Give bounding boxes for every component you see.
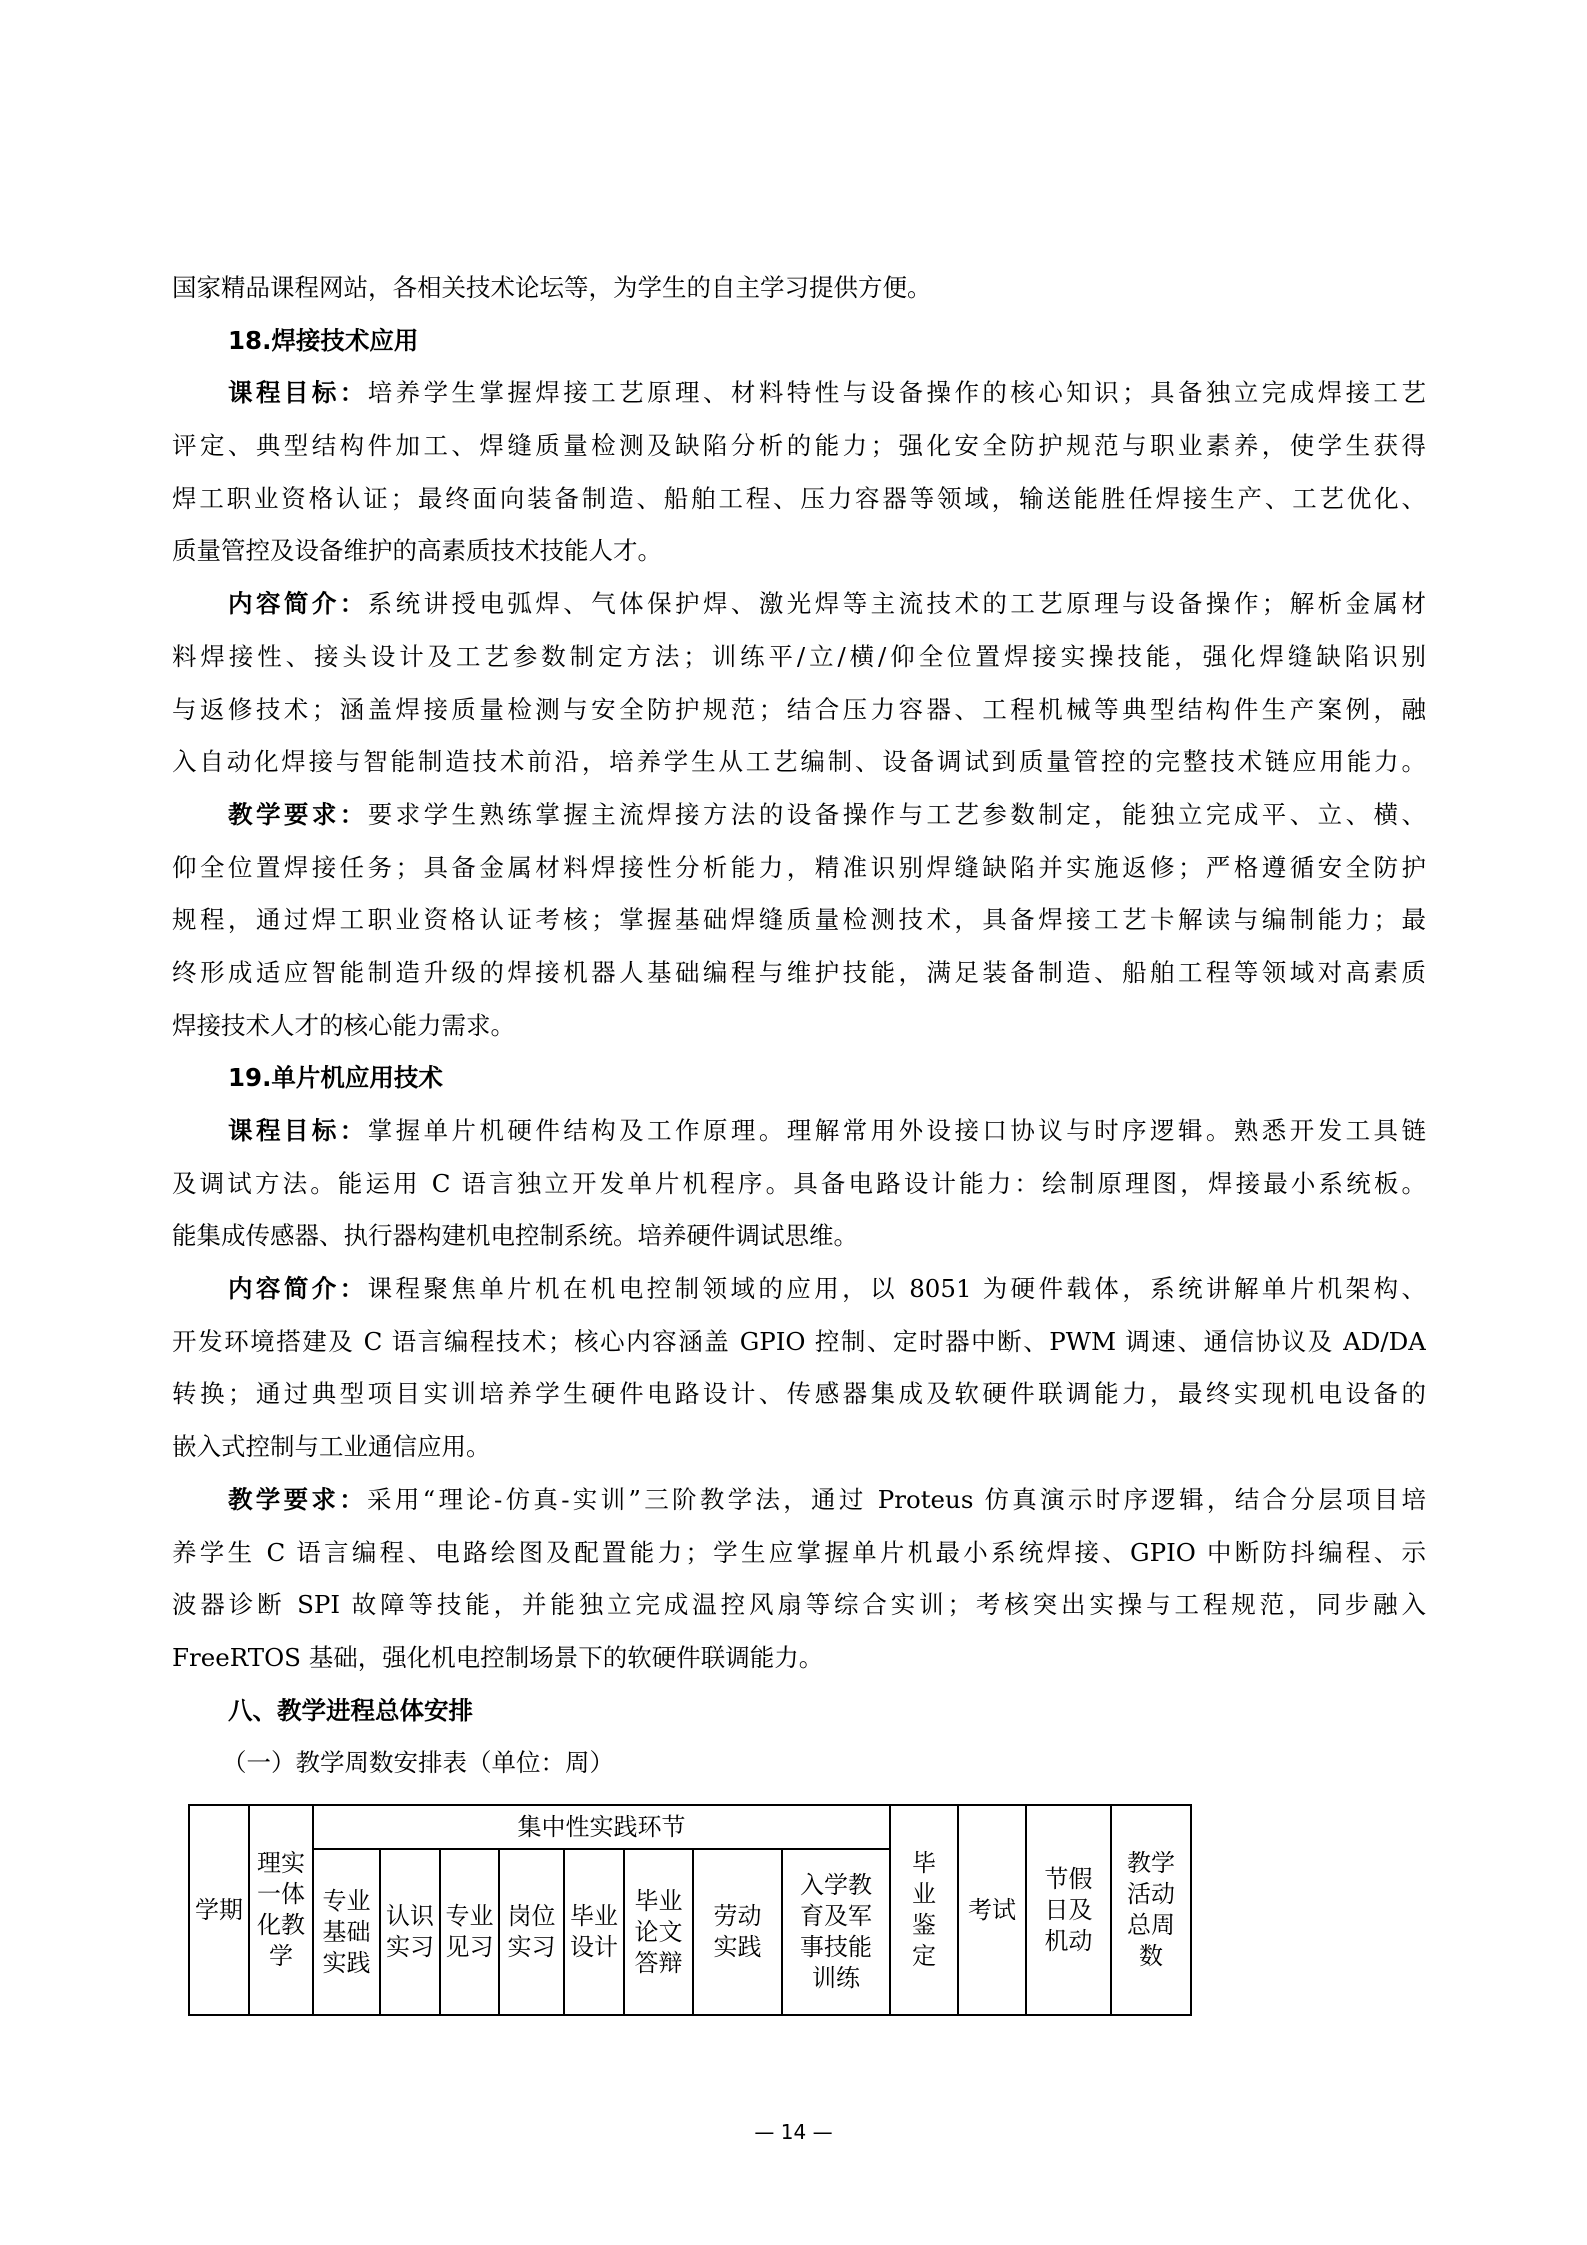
column-header: 毕业 论文 答辩 xyxy=(624,1849,693,2015)
column-header: 劳动 实践 xyxy=(693,1849,782,2015)
column-header: 认识 实习 xyxy=(380,1849,440,2015)
paragraph-label: 内容简介： xyxy=(228,589,368,618)
paragraph-label: 课程目标： xyxy=(228,378,368,407)
paragraph-line: 开发环境搭建及 C 语言编程技术；核心内容涵盖 GPIO 控制、定时器中断、PW… xyxy=(172,1316,1426,1369)
paragraph-line: 嵌入式控制与工业通信应用。 xyxy=(172,1421,1426,1474)
column-header: 岗位 实习 xyxy=(499,1849,564,2015)
column-header: 教学 活动 总周 数 xyxy=(1111,1805,1191,2015)
section-heading: 八、教学进程总体安排 xyxy=(172,1685,1426,1738)
column-header: 理实 一体 化教 学 xyxy=(249,1805,313,2015)
paragraph-text: 培养学生掌握焊接工艺原理、材料特性与设备操作的核心知识；具备独立完成焊接工艺 xyxy=(368,378,1426,407)
body-text: 国家精品课程网站，各相关技术论坛等，为学生的自主学习提供方便。18.焊接技术应用… xyxy=(172,262,1426,1790)
column-header: 入学教 育及军 事技能 训练 xyxy=(782,1849,890,2015)
paragraph-first-line: 课程目标：掌握单片机硬件结构及工作原理。理解常用外设接口协议与时序逻辑。熟悉开发… xyxy=(172,1105,1426,1158)
paragraph-label: 课程目标： xyxy=(228,1116,368,1145)
page-number: — 14 — xyxy=(0,2120,1587,2144)
paragraph-line: 料焊接性、接头设计及工艺参数制定方法；训练平/立/横/仰全位置焊接实操技能，强化… xyxy=(172,631,1426,684)
paragraph-first-line: 教学要求：要求学生熟练掌握主流焊接方法的设备操作与工艺参数制定，能独立完成平、立… xyxy=(172,789,1426,842)
paragraph-line: 及调试方法。能运用 C 语言独立开发单片机程序。具备电路设计能力：绘制原理图，焊… xyxy=(172,1158,1426,1211)
group-header-concentrated-practice: 集中性实践环节 xyxy=(313,1805,890,1849)
paragraph-line: 评定、典型结构件加工、焊缝质量检测及缺陷分析的能力；强化安全防护规范与职业素养，… xyxy=(172,420,1426,473)
document-page: 国家精品课程网站，各相关技术论坛等，为学生的自主学习提供方便。18.焊接技术应用… xyxy=(0,0,1587,2245)
column-header: 考试 xyxy=(958,1805,1026,2015)
paragraph-line: 仰全位置焊接任务；具备金属材料焊接性分析能力，精准识别焊缝缺陷并实施返修；严格遵… xyxy=(172,842,1426,895)
column-header: 毕 业 鉴 定 xyxy=(890,1805,958,2015)
paragraph-line: 国家精品课程网站，各相关技术论坛等，为学生的自主学习提供方便。 xyxy=(172,262,1426,315)
column-header: 学期 xyxy=(189,1805,249,2015)
paragraph-label: 内容简介： xyxy=(228,1274,368,1303)
paragraph-line: 波器诊断 SPI 故障等技能，并能独立完成温控风扇等综合实训；考核突出实操与工程… xyxy=(172,1579,1426,1632)
paragraph-line: 养学生 C 语言编程、电路绘图及配置能力；学生应掌握单片机最小系统焊接、GPIO… xyxy=(172,1527,1426,1580)
paragraph-line: 规程，通过焊工职业资格认证考核；掌握基础焊缝质量检测技术，具备焊接工艺卡解读与编… xyxy=(172,894,1426,947)
paragraph-first-line: 教学要求：采用“理论-仿真-实训”三阶教学法，通过 Proteus 仿真演示时序… xyxy=(172,1474,1426,1527)
paragraph-line: 入自动化焊接与智能制造技术前沿，培养学生从工艺编制、设备调试到质量管控的完整技术… xyxy=(172,736,1426,789)
paragraph-line: 焊工职业资格认证；最终面向装备制造、船舶工程、压力容器等领域，输送能胜任焊接生产… xyxy=(172,473,1426,526)
section-heading: 19.单片机应用技术 xyxy=(172,1052,1426,1105)
paragraph-text: 掌握单片机硬件结构及工作原理。理解常用外设接口协议与时序逻辑。熟悉开发工具链 xyxy=(368,1116,1426,1145)
table-title: （一）教学周数安排表（单位：周） xyxy=(172,1737,1426,1790)
column-header: 节假 日及 机动 xyxy=(1026,1805,1111,2015)
paragraph-line: 转换；通过典型项目实训培养学生硬件电路设计、传感器集成及软硬件联调能力，最终实现… xyxy=(172,1368,1426,1421)
paragraph-text: 系统讲授电弧焊、气体保护焊、激光焊等主流技术的工艺原理与设备操作；解析金属材 xyxy=(368,589,1426,618)
column-header: 专业 见习 xyxy=(440,1849,499,2015)
paragraph-label: 教学要求： xyxy=(228,1485,367,1514)
teaching-weeks-table: 学期理实 一体 化教 学集中性实践环节毕 业 鉴 定考试节假 日及 机动教学 活… xyxy=(188,1804,1192,2016)
paragraph-line: 质量管控及设备维护的高素质技术技能人才。 xyxy=(172,525,1426,578)
paragraph-line: 终形成适应智能制造升级的焊接机器人基础编程与维护技能，满足装备制造、船舶工程等领… xyxy=(172,947,1426,1000)
paragraph-line: 焊接技术人才的核心能力需求。 xyxy=(172,1000,1426,1053)
paragraph-text: 课程聚焦单片机在机电控制领域的应用，以 8051 为硬件载体，系统讲解单片机架构… xyxy=(368,1274,1426,1303)
column-header: 专业 基础 实践 xyxy=(313,1849,380,2015)
column-header: 毕业 设计 xyxy=(564,1849,624,2015)
paragraph-line: 能集成传感器、执行器构建机电控制系统。培养硬件调试思维。 xyxy=(172,1210,1426,1263)
paragraph-line: FreeRTOS 基础，强化机电控制场景下的软硬件联调能力。 xyxy=(172,1632,1426,1685)
section-heading: 18.焊接技术应用 xyxy=(172,315,1426,368)
paragraph-first-line: 课程目标：培养学生掌握焊接工艺原理、材料特性与设备操作的核心知识；具备独立完成焊… xyxy=(172,367,1426,420)
paragraph-text: 要求学生熟练掌握主流焊接方法的设备操作与工艺参数制定，能独立完成平、立、横、 xyxy=(368,800,1426,829)
paragraph-line: 与返修技术；涵盖焊接质量检测与安全防护规范；结合压力容器、工程机械等典型结构件生… xyxy=(172,684,1426,737)
paragraph-label: 教学要求： xyxy=(228,800,368,829)
paragraph-text: 采用“理论-仿真-实训”三阶教学法，通过 Proteus 仿真演示时序逻辑，结合… xyxy=(367,1485,1426,1514)
paragraph-first-line: 内容简介：课程聚焦单片机在机电控制领域的应用，以 8051 为硬件载体，系统讲解… xyxy=(172,1263,1426,1316)
paragraph-first-line: 内容简介：系统讲授电弧焊、气体保护焊、激光焊等主流技术的工艺原理与设备操作；解析… xyxy=(172,578,1426,631)
